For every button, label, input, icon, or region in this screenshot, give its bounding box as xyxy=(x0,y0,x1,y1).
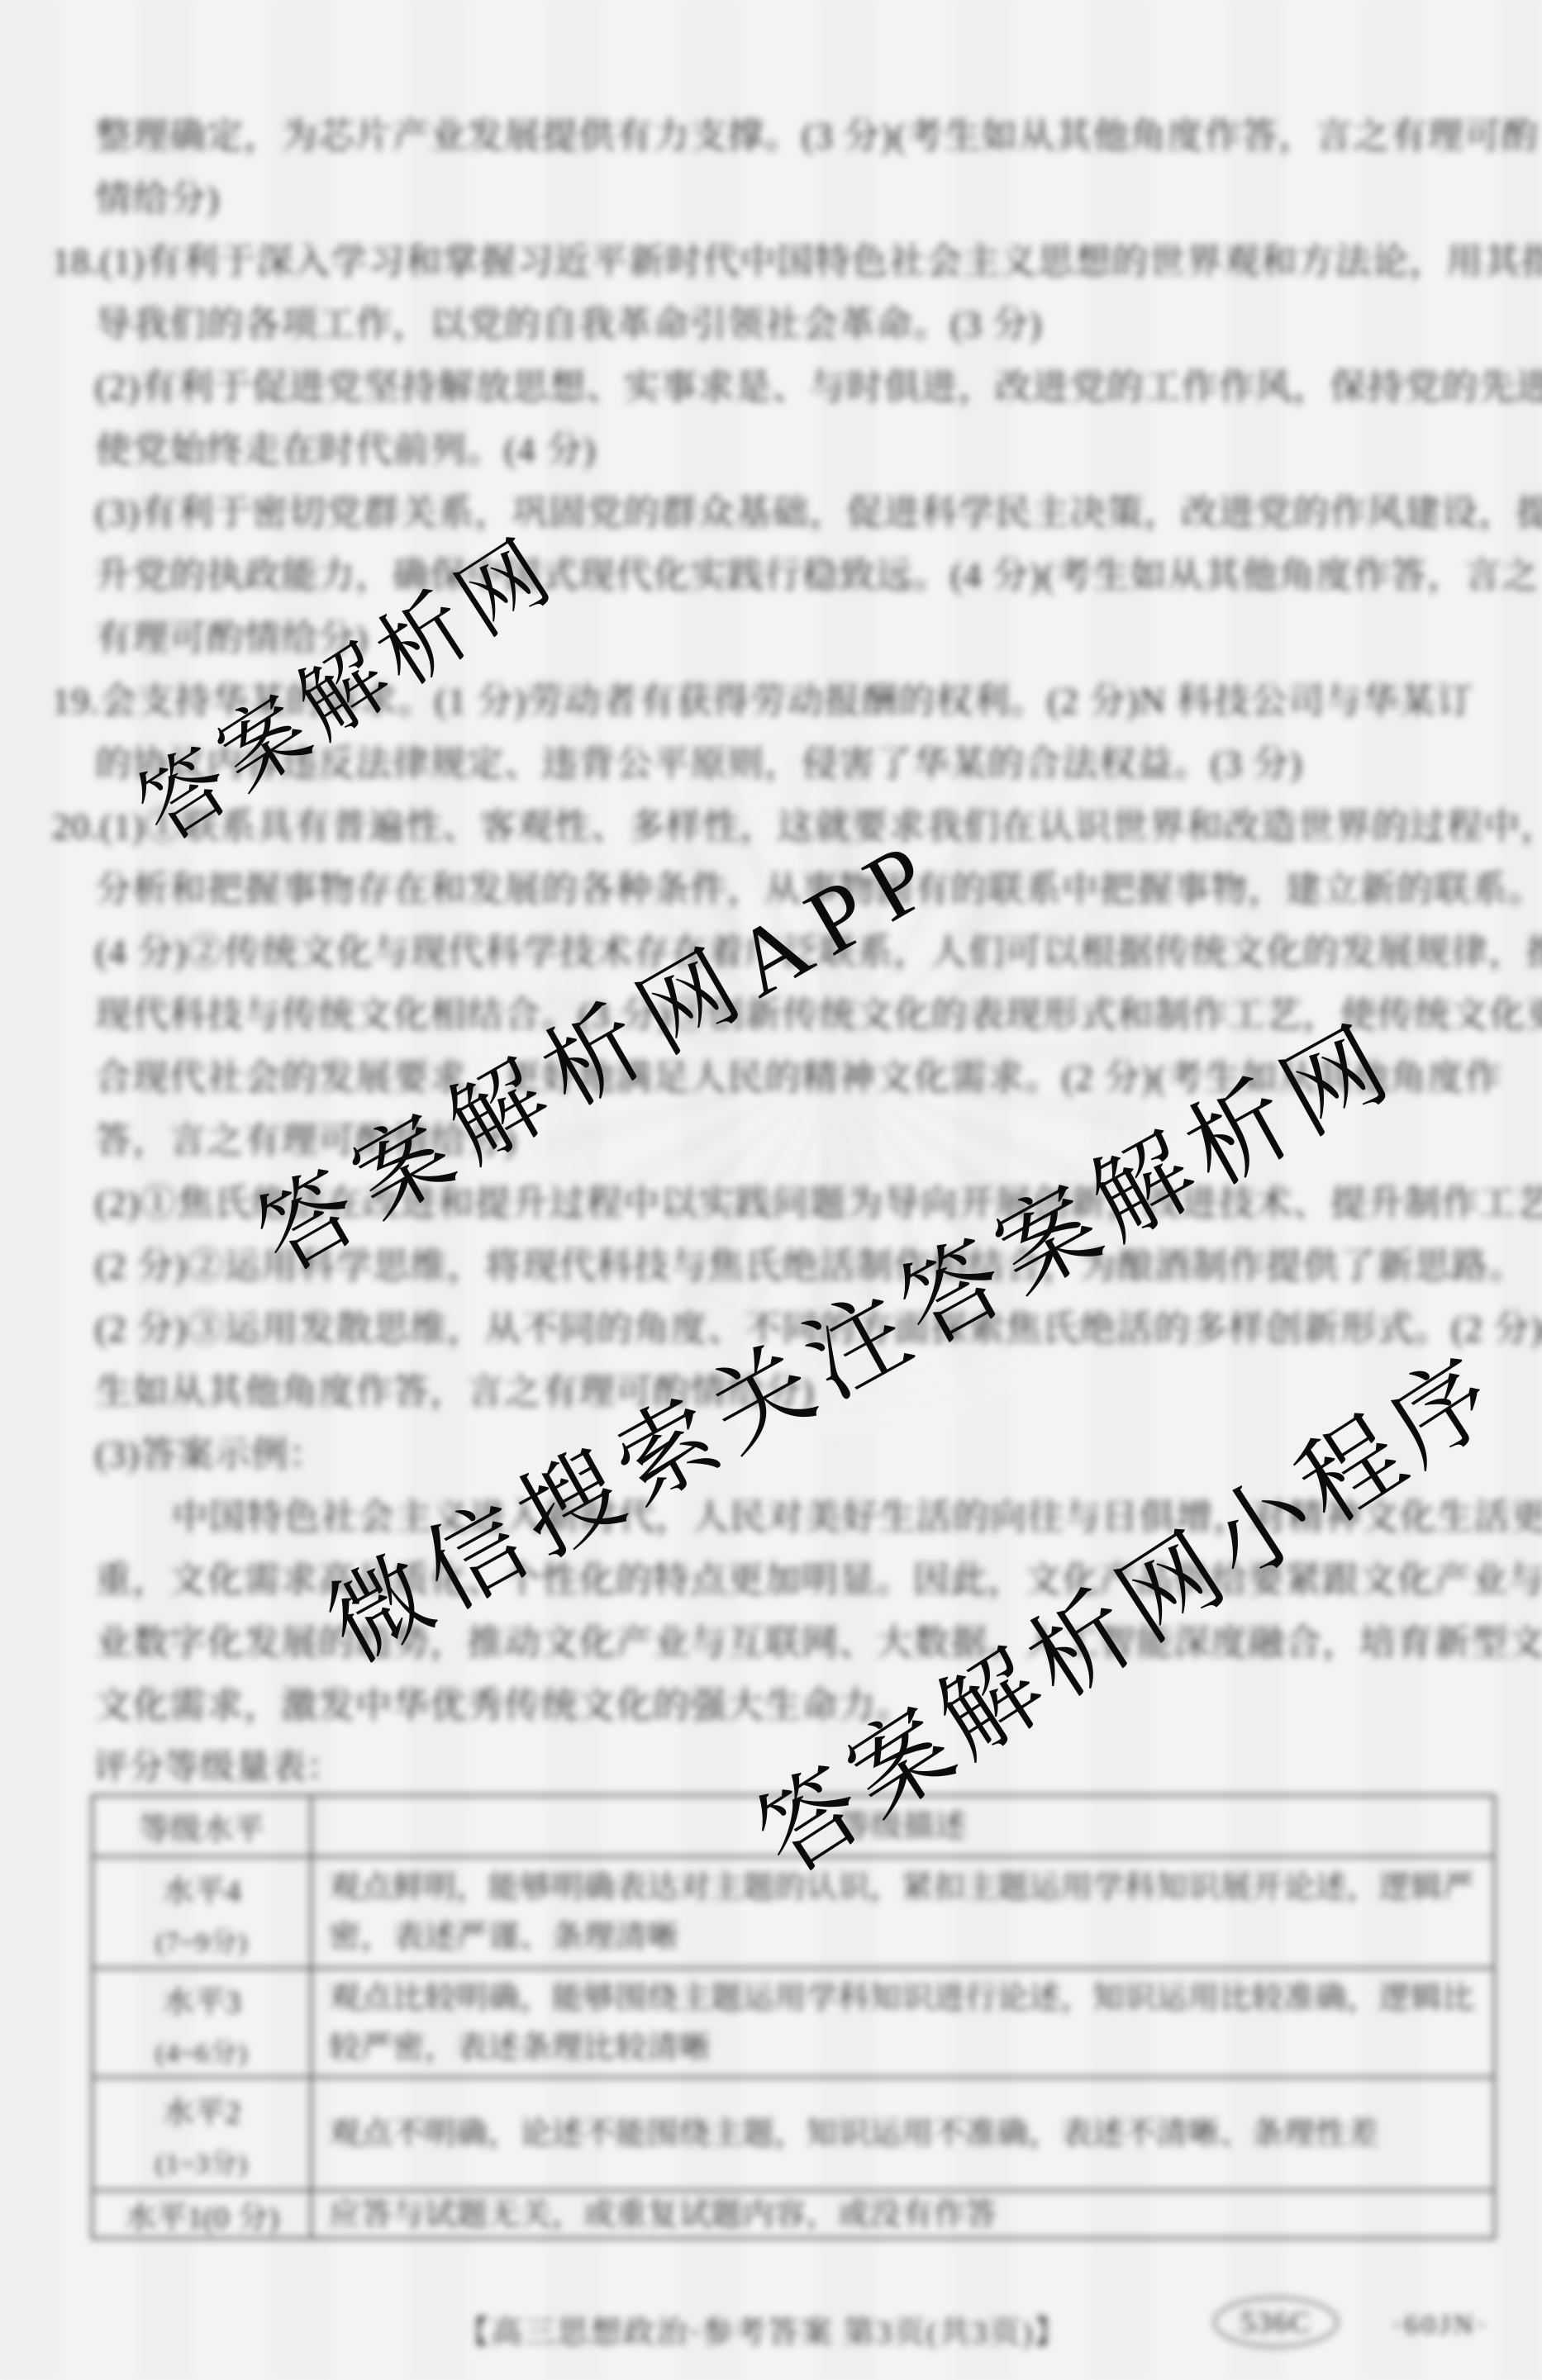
scanned-answer-sheet-page: 整理确定，为芯片产业发展提供有力支撑。(3 分)(考生如从其他角度作答，言之有理… xyxy=(0,0,1542,2380)
diagonal-watermark-text: 答案解析网APP xyxy=(243,821,956,1288)
diagonal-watermark-text: 答案解析网 xyxy=(124,524,569,855)
watermark-layer: 答案解析网答案解析网APP微信搜索关注答案解析网答案解析网小程序 xyxy=(0,0,1542,2380)
diagonal-watermark-text: 答案解析网小程序 xyxy=(742,1339,1517,1890)
